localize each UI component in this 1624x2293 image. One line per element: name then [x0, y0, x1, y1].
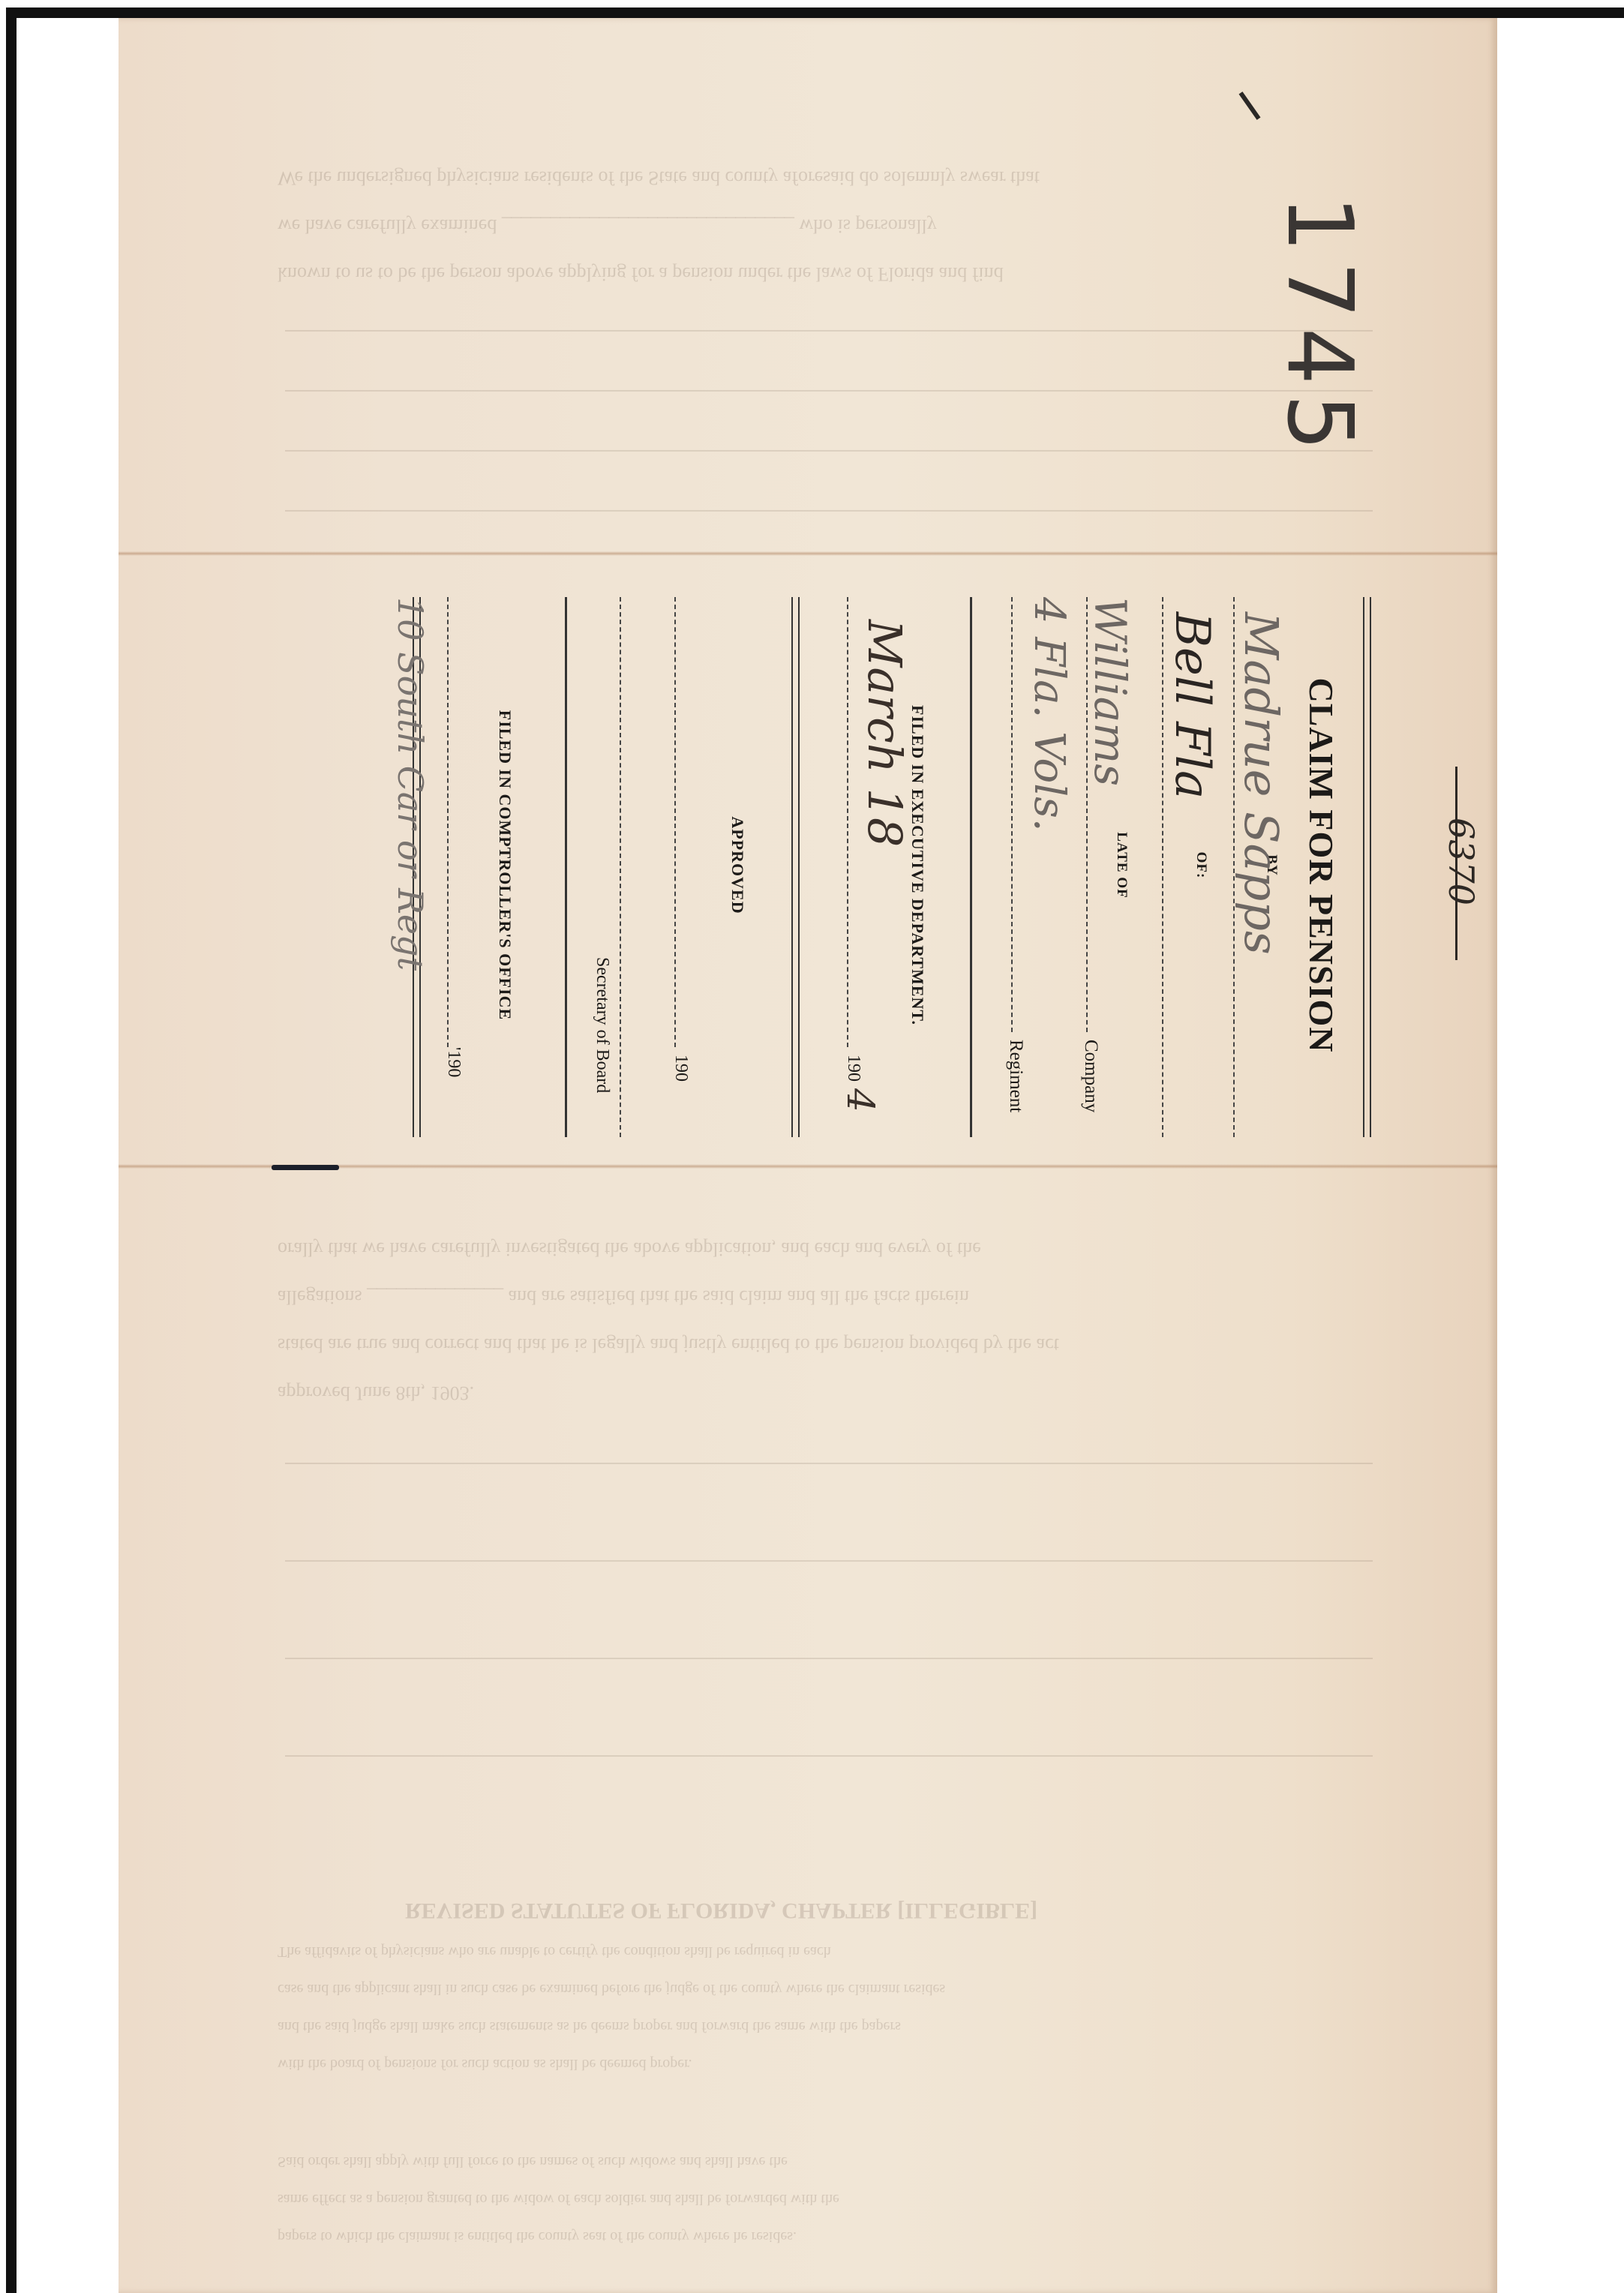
scanner-frame-left [6, 8, 17, 2293]
company-value: Williams [1085, 597, 1136, 786]
section-double-rule [791, 597, 800, 1137]
bleed-rule [285, 1658, 1373, 1659]
bleed-board-line-2: allegations ______________ and are satis… [278, 1286, 969, 1308]
file-number-annotation: 1745 [1267, 195, 1371, 460]
fold-line-upper [119, 551, 1497, 556]
bleed-statute-line: papers to which the claimant is entitled… [278, 2228, 797, 2245]
pencil-note: 10 South Car or Regt [390, 597, 431, 971]
company-label: Company [1080, 1040, 1101, 1112]
bleed-statute-line: same effect as a pension granted to the … [278, 2190, 839, 2207]
bleed-affidavit-line-3: known to us to be the person above apply… [278, 263, 1004, 285]
filed-executive-year-prefix: 190 [843, 1055, 863, 1082]
bleed-statute-line: The affidavits of physicians who are una… [278, 1943, 831, 1960]
claim-number-annotation: 6370 [1441, 818, 1481, 905]
bleed-statute-line: with the board of pensions for such acti… [278, 2055, 692, 2072]
approved-label: APPROVED [728, 567, 747, 1163]
residence: Bell Fla [1164, 612, 1220, 799]
filed-executive-line [847, 597, 848, 1047]
bleed-rule [285, 1463, 1373, 1464]
ink-mark [272, 1165, 339, 1170]
form-title: CLAIM FOR PENSION [1301, 567, 1341, 1163]
approved-year-prefix: 190 [671, 1055, 691, 1082]
approved-date-line [674, 597, 676, 1047]
form-top-rule [1363, 597, 1371, 1137]
bleed-statute-line: case and the applicant shall in such cas… [278, 1980, 945, 1997]
company-line [1086, 597, 1088, 1032]
claim-number-underline [1455, 767, 1457, 960]
bleed-rule [285, 390, 1373, 392]
scanner-frame-top [6, 8, 1624, 18]
filed-executive-year-suffix: 4 [839, 1088, 882, 1112]
secretary-signature-line [620, 597, 621, 1137]
filed-comptroller-line [447, 597, 449, 1047]
bleed-affidavit-line-2: we have carefully examined _____________… [278, 215, 937, 237]
regiment-line [1011, 597, 1013, 1032]
pension-claim-form: CLAIM FOR PENSION BY Madrue Sapps OF: Be… [218, 566, 1376, 1163]
filed-comptroller-label: FILED IN COMPTROLLER'S OFFICE [495, 567, 515, 1163]
bleed-rule [285, 1560, 1373, 1562]
bleed-board-line-4: approved June 8th, 1903. [278, 1382, 474, 1404]
regiment-value: 4 Fla. Vols. [1025, 597, 1073, 832]
filed-executive-date: March 18 [857, 620, 912, 847]
claimant-name-line [1233, 597, 1235, 1137]
bleed-board-line-3: stated are true and correct and that he … [278, 1334, 1059, 1356]
bleed-statutes-heading: REVISED STATUTES OF FLORIDA, CHAPTER [IL… [405, 1898, 1037, 1923]
section-rule [970, 597, 972, 1137]
residence-line [1162, 597, 1163, 1137]
bleed-board-line-1: orally that we have carefully investigat… [278, 1238, 981, 1260]
claimant-name: Madrue Sapps [1234, 612, 1289, 955]
bleed-rule [285, 450, 1373, 452]
bleed-rule [285, 330, 1373, 332]
section-rule [565, 597, 567, 1137]
filed-comptroller-year-prefix: '190 [443, 1047, 464, 1077]
regiment-label: Regiment [1005, 1040, 1026, 1112]
bleed-statute-line: and the said judge shall make such state… [278, 2018, 901, 2035]
bleed-affidavit-line-1: We the undersigned physicians residents … [278, 167, 1040, 189]
bleed-statute-line: Said order shall apply with full force t… [278, 2153, 788, 2170]
bleed-rule [285, 510, 1373, 512]
bleed-rule [285, 1755, 1373, 1757]
secretary-label: Secretary of Board [592, 957, 612, 1093]
